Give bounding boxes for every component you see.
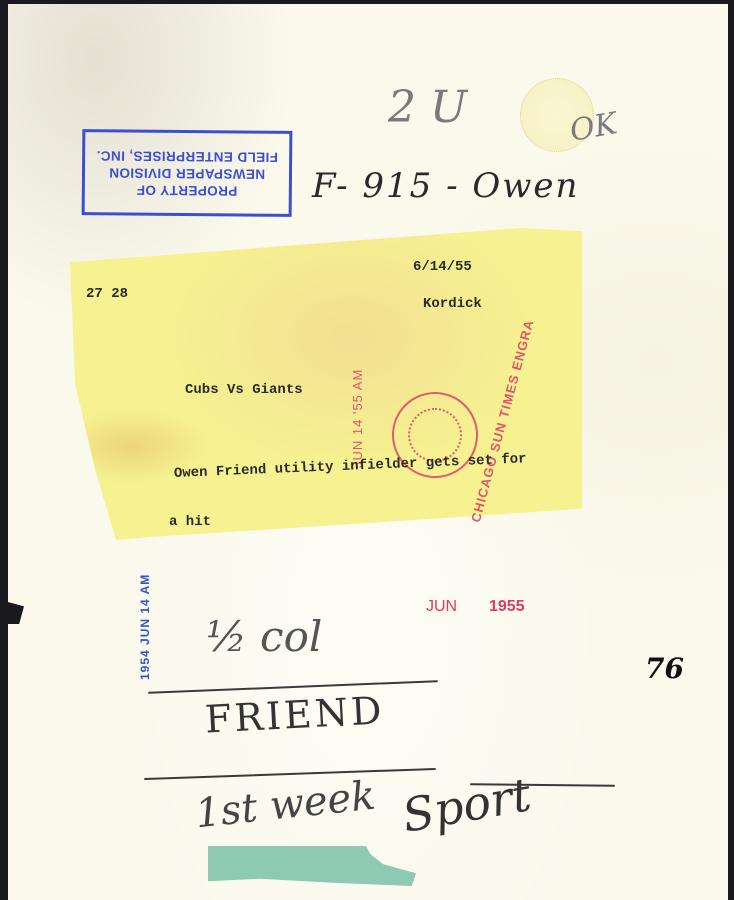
received-date-stamp: JUN 14 '55 AM [350,369,365,468]
handwritten-name: FRIEND [204,688,386,741]
stamp-line: NEWSPAPER DIVISION [85,164,289,183]
handwritten-reference: F- 915 - Owen [312,166,579,206]
handwritten-size-note: ½ col [206,612,322,661]
stamp-line: PROPERTY OF [85,181,289,200]
blue-date-stamp: 1954 JUN 14 AM [138,574,152,680]
handwritten-page-number: 76 [645,652,684,685]
property-stamp: PROPERTY OF NEWSPAPER DIVISION FIELD ENT… [82,129,293,217]
handwritten-top-scrawl: 2 U [388,82,467,133]
torn-corner [8,602,24,624]
slip-numbers: 27 28 [86,286,128,302]
slip-headline: Cubs Vs Giants [185,382,303,398]
stamp-year: 1955 [489,598,525,616]
stamp-month: JUN [426,598,457,616]
slip-caption-line: a hit [169,514,211,530]
stamp-line: FIELD ENTERPRISES, INC. [85,147,289,166]
slip-photographer: Kordick [423,296,482,312]
slip-date: 6/14/55 [413,259,472,275]
